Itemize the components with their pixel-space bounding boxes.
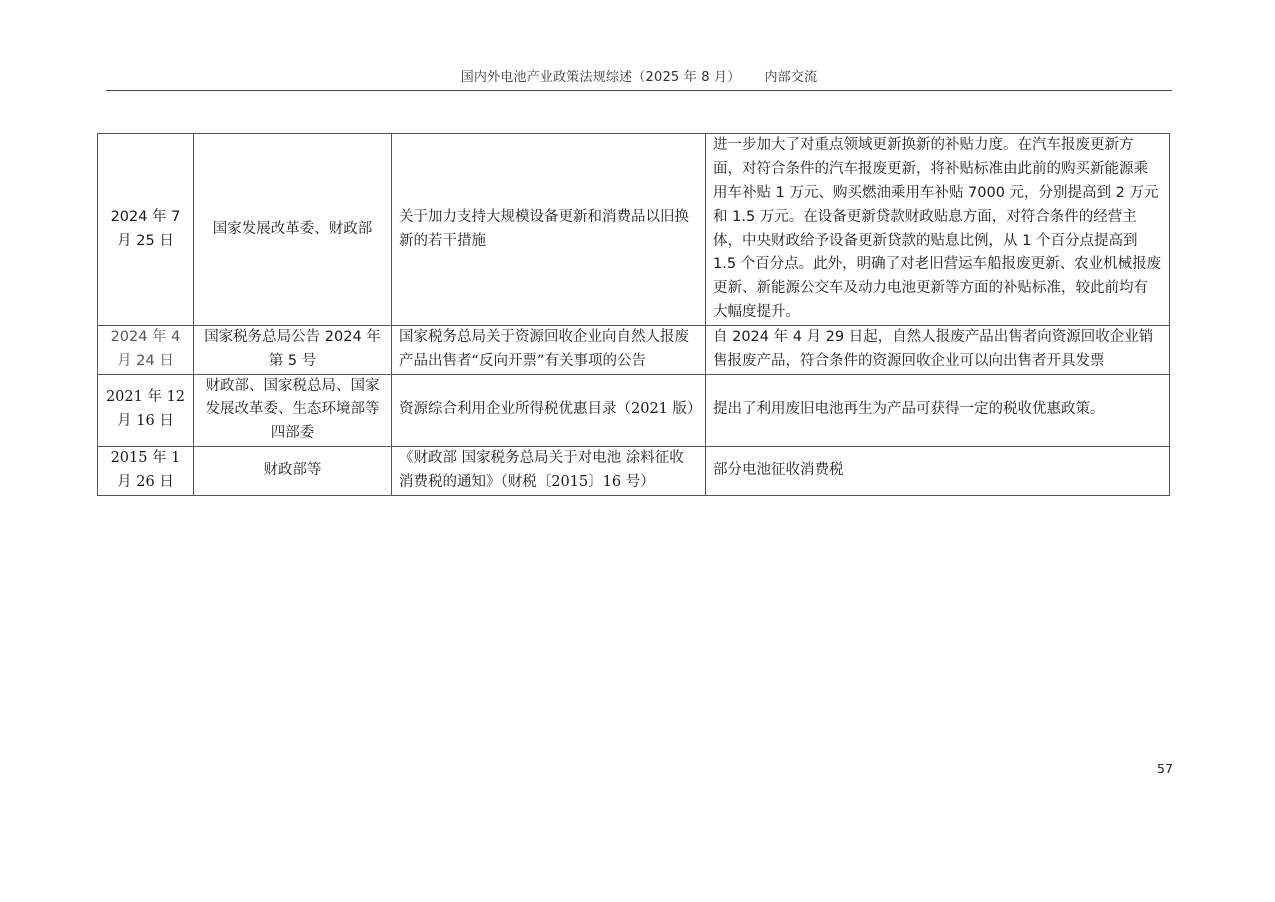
policy-table: 2024 年 7 月 25 日 国家发展改革委、财政部 关于加力支持大规模设备更… [97,133,1170,496]
cell-date: 2024 年 4 月 24 日 [98,326,194,375]
page-number: 57 [1157,761,1173,776]
cell-department: 国家税务总局公告 2024 年第 5 号 [194,326,392,375]
cell-department: 财政部、国家税总局、国家发展改革委、生态环境部等四部委 [194,374,392,446]
cell-date: 2021 年 12 月 16 日 [98,374,194,446]
cell-content: 自 2024 年 4 月 29 日起，自然人报废产品出售者向资源回收企业销售报废… [706,326,1170,375]
cell-content: 提出了利用废旧电池再生为产品可获得一定的税收优惠政策。 [706,374,1170,446]
cell-policy-title: 国家税务总局关于资源回收企业向自然人报废产品出售者“反向开票”有关事项的公告 [392,326,706,375]
cell-date: 2024 年 7 月 25 日 [98,134,194,326]
cell-content: 部分电池征收消费税 [706,446,1170,495]
cell-department: 财政部等 [194,446,392,495]
cell-date: 2015 年 1 月 26 日 [98,446,194,495]
distribution-label: 内部交流 [764,70,817,85]
document-title: 国内外电池产业政策法规综述（2025 年 8 月） [461,70,741,85]
cell-content: 进一步加大了对重点领域更新换新的补贴力度。在汽车报废更新方面，对符合条件的汽车报… [706,134,1170,326]
cell-policy-title: 资源综合利用企业所得税优惠目录（2021 版） [392,374,706,446]
table-row: 2021 年 12 月 16 日 财政部、国家税总局、国家发展改革委、生态环境部… [98,374,1170,446]
table-row: 2015 年 1 月 26 日 财政部等 《财政部 国家税务总局关于对电池 涂料… [98,446,1170,495]
cell-policy-title: 关于加力支持大规模设备更新和消费品以旧换新的若干措施 [392,134,706,326]
cell-department: 国家发展改革委、财政部 [194,134,392,326]
page-header: 国内外电池产业政策法规综述（2025 年 8 月）内部交流 [106,66,1172,85]
table-row: 2024 年 4 月 24 日 国家税务总局公告 2024 年第 5 号 国家税… [98,326,1170,375]
header-divider [106,90,1172,91]
cell-policy-title: 《财政部 国家税务总局关于对电池 涂料征收消费税的通知》（财税〔2015〕16 … [392,446,706,495]
table-row: 2024 年 7 月 25 日 国家发展改革委、财政部 关于加力支持大规模设备更… [98,134,1170,326]
